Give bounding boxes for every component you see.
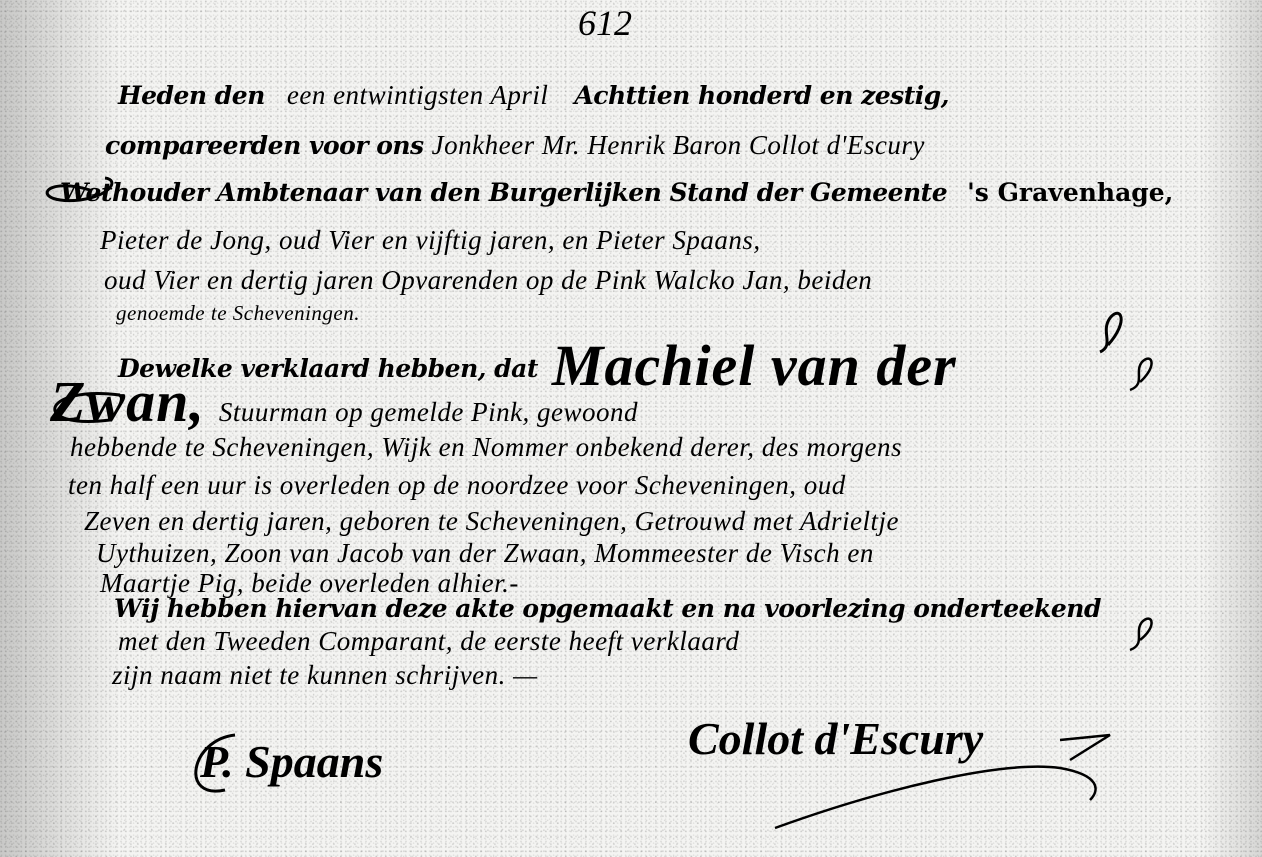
pen-flourishes	[0, 0, 1262, 857]
